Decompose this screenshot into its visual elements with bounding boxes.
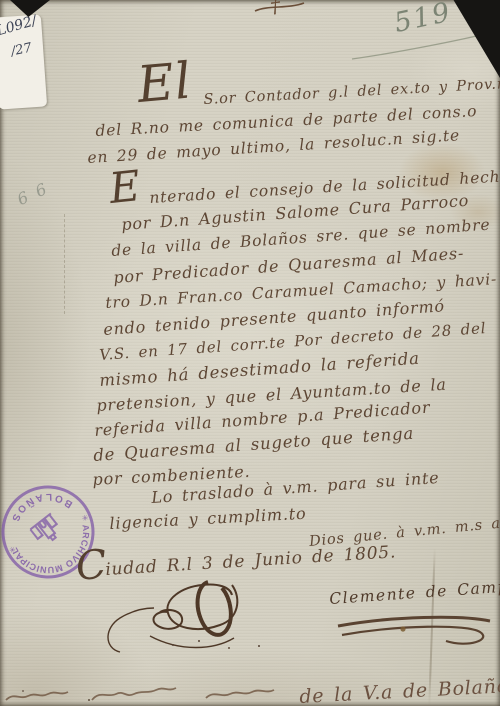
signature-flourish — [338, 617, 490, 643]
rubric-scribble — [108, 582, 237, 652]
manuscript-page: L092/ /27 519 6 6 † ARCHIVO MUNICIPAL BO… — [0, 0, 500, 706]
ink-blot — [400, 626, 405, 631]
dateline-initial: C — [74, 541, 109, 590]
cross-swash — [255, 3, 304, 11]
folio-underline — [352, 32, 493, 59]
body-initial: E — [107, 161, 143, 213]
ink-specks — [172, 644, 174, 646]
addressee-cutoff-strokes — [6, 688, 274, 700]
opening-initial: El — [135, 52, 194, 114]
